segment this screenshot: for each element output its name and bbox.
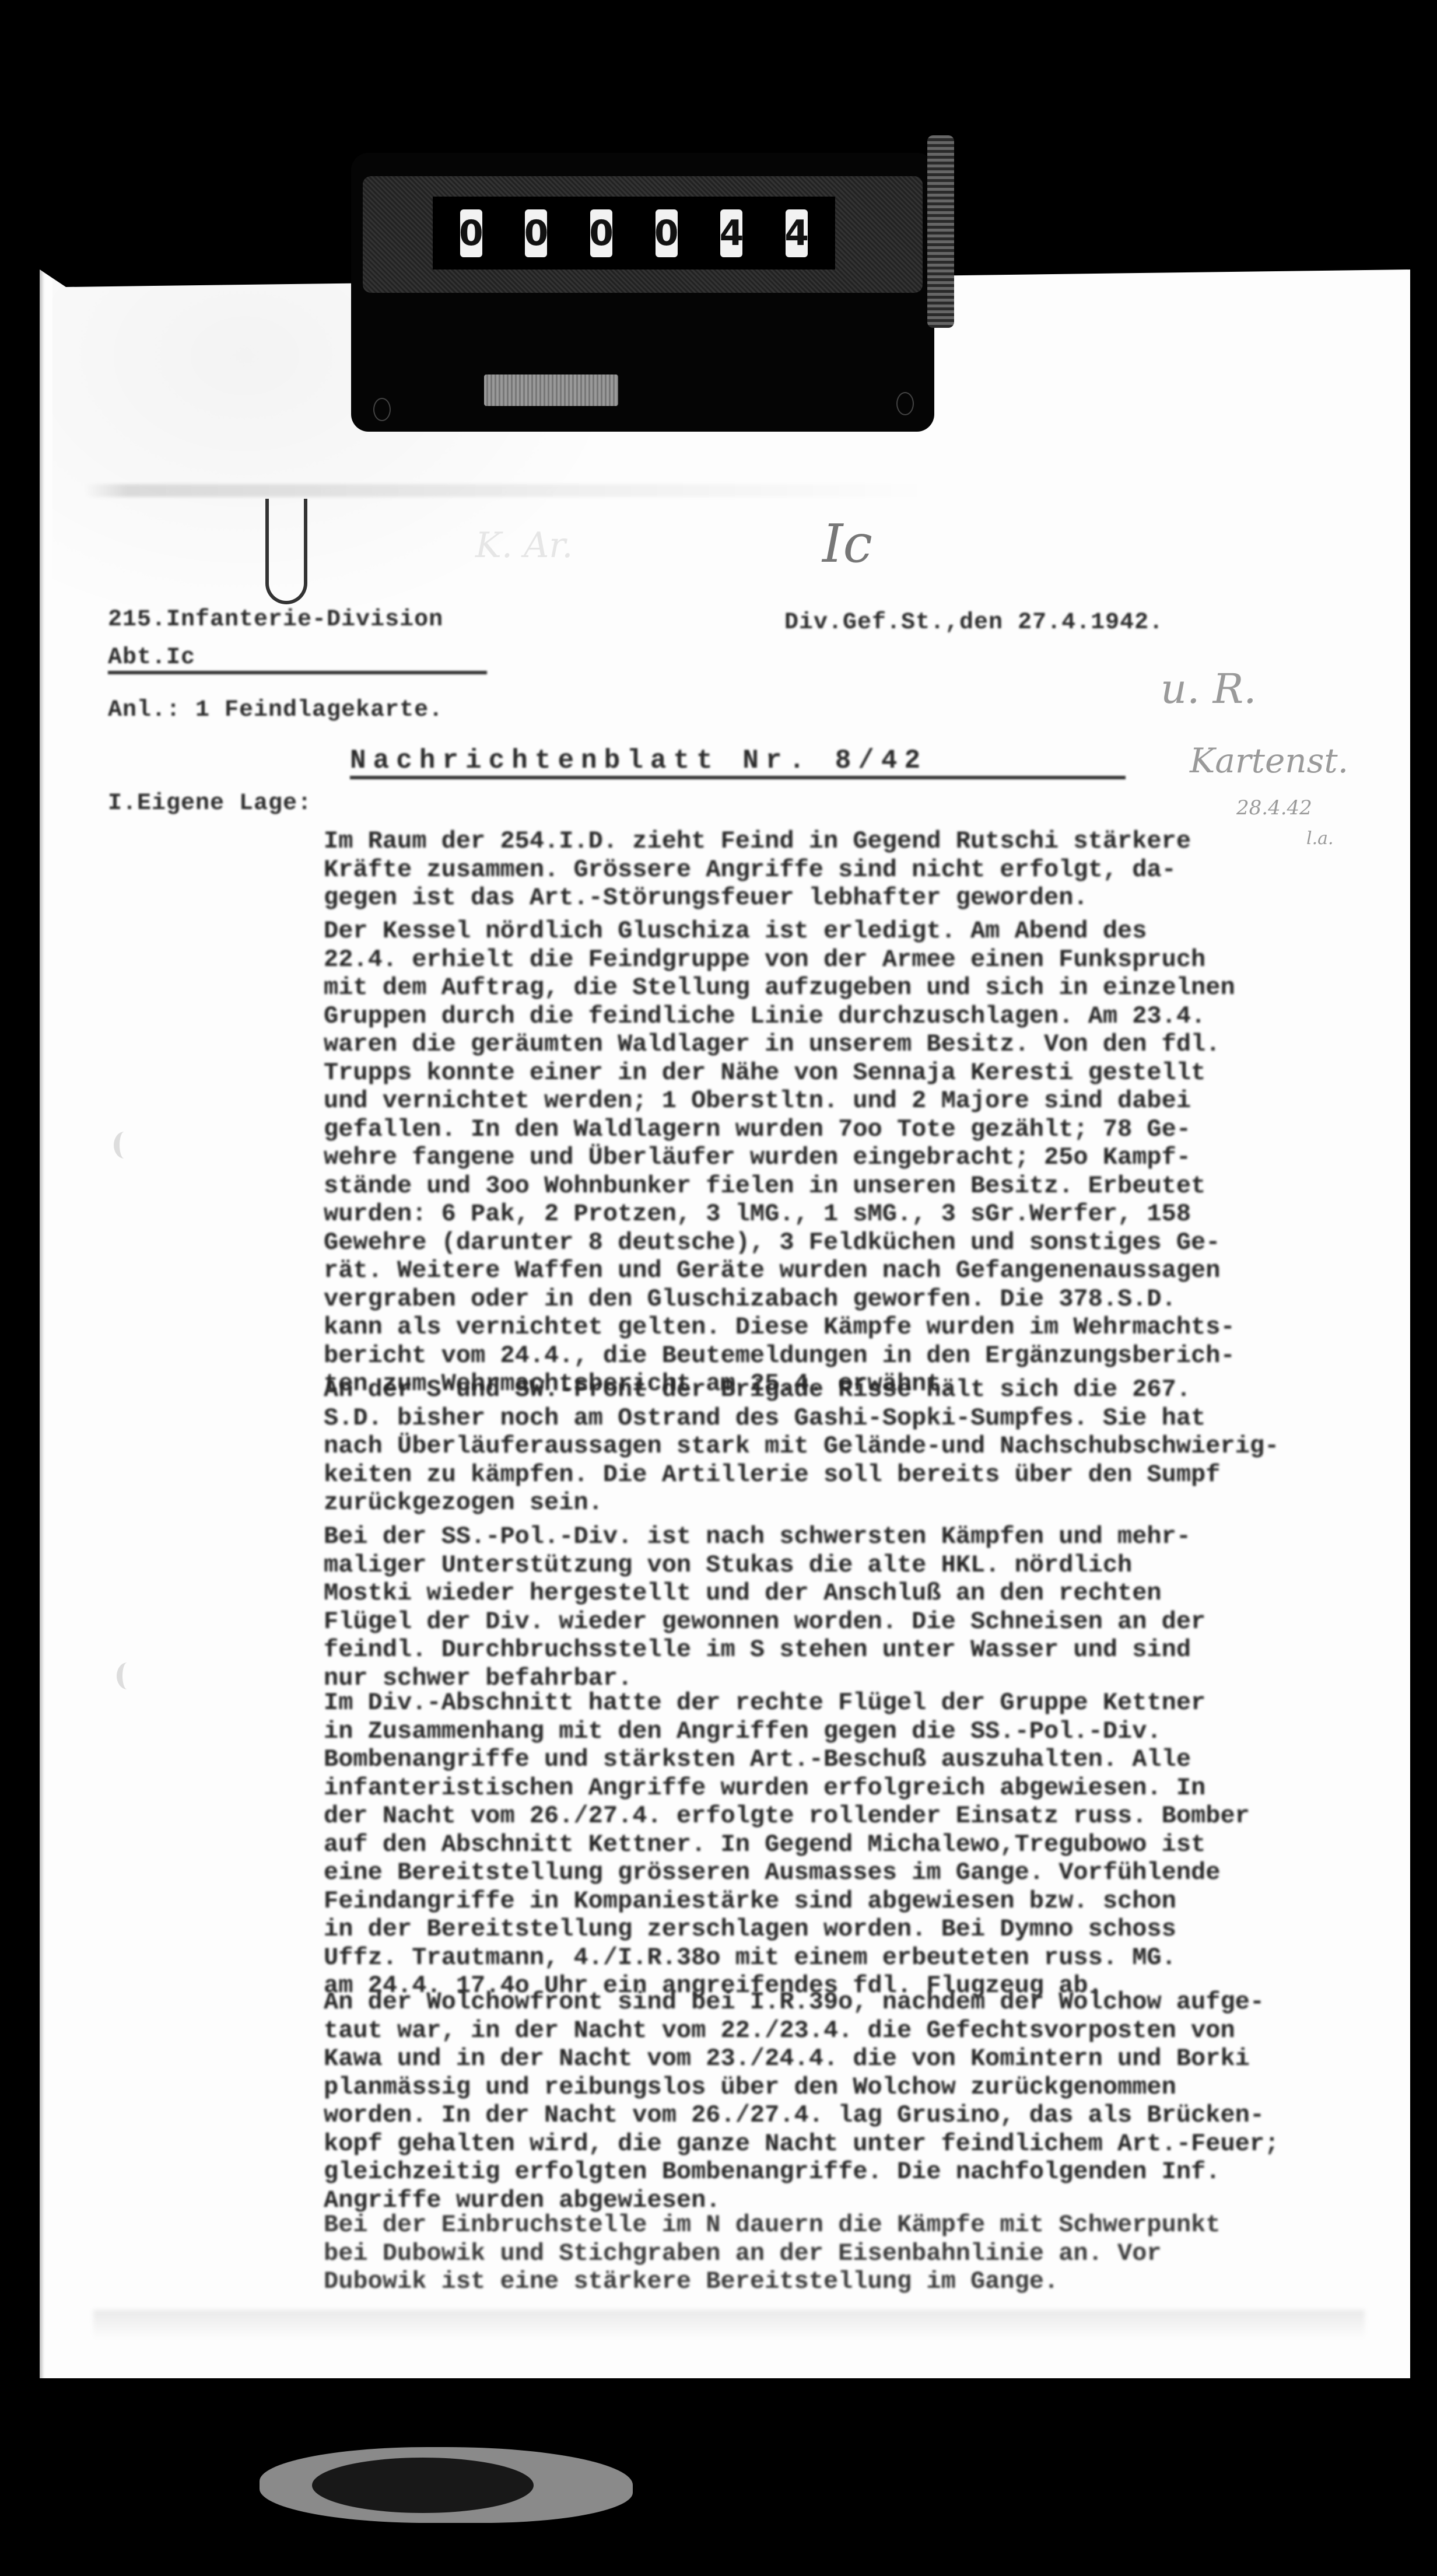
text-line: keiten zu kämpfen. Die Artillerie soll b… [324, 1461, 1408, 1489]
text-line: worden. In der Nacht vom 26./27.4. lag G… [324, 2101, 1408, 2130]
text-line: kopf gehalten wird, die ganze Nacht unte… [324, 2130, 1408, 2158]
paper-bottom-smudge [93, 2310, 1365, 2339]
text-line: Bei der SS.-Pol.-Div. ist nach schwerste… [324, 1522, 1408, 1551]
paragraph: Der Kessel nördlich Gluschiza ist erledi… [324, 917, 1408, 1398]
text-line: Im Div.-Abschnitt hatte der rechte Flüge… [324, 1689, 1408, 1717]
text-line: Flügel der Div. wieder gewonnen worden. … [324, 1608, 1408, 1636]
paragraph: Bei der Einbruchstelle im N dauern die K… [324, 2211, 1408, 2296]
text-line: Feindangriffe in Kompaniestärke sind abg… [324, 1887, 1408, 1916]
text-line: Im Raum der 254.I.D. zieht Feind in Gege… [324, 827, 1408, 856]
handwritten-date: 28.4.42 [1236, 796, 1312, 820]
department: Abt.Ic [108, 645, 487, 674]
text-line: in der Bereitstellung zerschlagen worden… [324, 1915, 1408, 1944]
text-line: auf den Abschnitt Kettner. In Gegend Mic… [324, 1831, 1408, 1859]
text-line: Angriffe wurden abgewiesen. [324, 2186, 1408, 2215]
text-line: Kräfte zusammen. Grössere Angriffe sind … [324, 856, 1408, 884]
screw-icon [896, 392, 914, 415]
counter-digit: 4 [720, 209, 742, 257]
paper-fold-mark [85, 484, 930, 497]
punch-hole-mark [114, 1132, 135, 1158]
text-line: Dubowik ist eine stärkere Bereitstellung… [324, 2267, 1408, 2296]
frame-counter: 0 0 0 0 4 4 [351, 153, 934, 432]
text-line: 22.4. erhielt die Feindgruppe von der Ar… [324, 946, 1408, 974]
handwritten-ic-mark: Ic [822, 513, 872, 575]
text-line: Gewehre (darunter 8 deutsche), 3 Feldküc… [324, 1228, 1408, 1257]
text-line: Der Kessel nördlich Gluschiza ist erledi… [324, 917, 1408, 946]
paragraph: Im Raum der 254.I.D. zieht Feind in Gege… [324, 827, 1408, 912]
text-line: S.D. bisher noch am Ostrand des Gashi-So… [324, 1404, 1408, 1433]
punch-hole-mark [117, 1662, 138, 1689]
text-line: eine Bereitstellung grösseren Ausmasses … [324, 1859, 1408, 1887]
text-line: gleichzeitig erfolgten Bombenangriffe. D… [324, 2158, 1408, 2186]
section-heading: I.Eigene Lage: [108, 790, 312, 817]
text-line: Bombenangriffe und stärksten Art.-Beschu… [324, 1745, 1408, 1774]
text-line: rät. Weitere Waffen und Geräte wurden na… [324, 1256, 1408, 1285]
text-line: gefallen. In den Waldlagern wurden 7oo T… [324, 1115, 1408, 1144]
text-line: waren die geräumten Waldlager in unserem… [324, 1030, 1408, 1059]
text-line: kann als vernichtet gelten. Diese Kämpfe… [324, 1313, 1408, 1342]
text-line: zurückgezogen sein. [324, 1489, 1408, 1517]
text-line: mit dem Auftrag, die Stellung aufzugeben… [324, 974, 1408, 1002]
text-line: nach Überläuferaussagen stark mit Geländ… [324, 1432, 1408, 1461]
unit-name: 215.Infanterie-Division [108, 607, 443, 633]
text-line: infanteristischen Angriffe wurden erfolg… [324, 1774, 1408, 1803]
handwritten-initials: u. R. [1161, 665, 1257, 713]
text-line: bei Dubowik und Stichgraben an der Eisen… [324, 2239, 1408, 2268]
text-line: planmässig und reibungslos über den Wolc… [324, 2073, 1408, 2102]
text-line: Mostki wieder hergestellt und der Anschl… [324, 1579, 1408, 1608]
text-line: Kawa und in der Nacht vom 23./24.4. die … [324, 2045, 1408, 2073]
text-line: Gruppen durch die feindliche Linie durch… [324, 1002, 1408, 1031]
text-line: wehre fangene und Überläufer wurden eing… [324, 1143, 1408, 1172]
clip-mark [265, 499, 307, 604]
text-line: nur schwer befahrbar. [324, 1664, 1408, 1693]
film-artifact-dark-core [312, 2458, 534, 2513]
text-line: taut war, in der Nacht vom 22./23.4. die… [324, 2017, 1408, 2045]
place-date: Div.Gef.St.,den 27.4.1942. [784, 610, 1163, 636]
text-line: An der S und SW.-Front der Brigade Risse… [324, 1375, 1408, 1404]
paragraph: An der Wolchowfront sind bei I.R.39o, na… [324, 1988, 1408, 2214]
text-line: der Nacht vom 26./27.4. erfolgte rollend… [324, 1802, 1408, 1831]
counter-digit: 0 [590, 209, 612, 257]
document-title: Nachrichtenblatt Nr. 8/42 [350, 745, 1126, 779]
counter-digit: 0 [656, 209, 678, 257]
text-line: stände und 3oo Wohnbunker fielen in unse… [324, 1172, 1408, 1200]
paragraph: Im Div.-Abschnitt hatte der rechte Flüge… [324, 1689, 1408, 2000]
film-artifact [260, 2447, 633, 2523]
text-line: wurden: 6 Pak, 2 Protzen, 3 lMG., 1 sMG.… [324, 1200, 1408, 1228]
faint-handwritten-mark: K. Ar. [475, 525, 573, 566]
counter-display: 0 0 0 0 4 4 [433, 197, 835, 269]
text-line: gegen ist das Art.-Störungsfeuer lebhaft… [324, 884, 1408, 912]
paragraph: An der S und SW.-Front der Brigade Risse… [324, 1375, 1408, 1517]
attachment-note: Anl.: 1 Feindlagekarte. [108, 697, 443, 723]
counter-digit: 4 [786, 209, 808, 257]
counter-knurled-wheel [927, 135, 954, 328]
counter-digit: 0 [460, 209, 482, 257]
text-line: und vernichtet werden; 1 Oberstltn. und … [324, 1087, 1408, 1115]
counter-nameplate [484, 374, 618, 406]
text-line: in Zusammenhang mit den Angriffen gegen … [324, 1717, 1408, 1746]
text-line: bericht vom 24.4., die Beutemeldungen in… [324, 1342, 1408, 1370]
paragraph: Bei der SS.-Pol.-Div. ist nach schwerste… [324, 1522, 1408, 1692]
text-line: feindl. Durchbruchsstelle im S stehen un… [324, 1636, 1408, 1664]
text-line: Uffz. Trautmann, 4./I.R.38o mit einem er… [324, 1944, 1408, 1972]
text-line: vergraben oder in den Gluschizabach gewo… [324, 1285, 1408, 1314]
text-line: Trupps konnte einer in der Nähe von Senn… [324, 1059, 1408, 1087]
text-line: maliger Unterstützung von Stukas die alt… [324, 1551, 1408, 1580]
screw-icon [373, 398, 391, 421]
counter-digit: 0 [525, 209, 547, 257]
text-line: An der Wolchowfront sind bei I.R.39o, na… [324, 1988, 1408, 2017]
handwritten-name: Kartenst. [1190, 741, 1348, 780]
text-line: Bei der Einbruchstelle im N dauern die K… [324, 2211, 1408, 2239]
